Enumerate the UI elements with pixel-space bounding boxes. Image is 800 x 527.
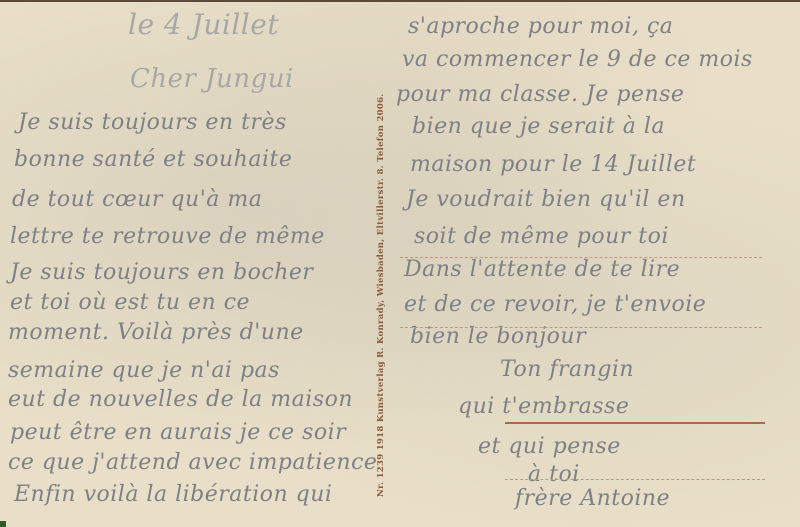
date-heading: le 4 Juillet bbox=[128, 8, 279, 41]
message-line: peut être en aurais je ce soir bbox=[10, 420, 346, 445]
postcard: le 4 Juillet Cher Jungui Je suis toujour… bbox=[0, 0, 800, 527]
message-line: Enfin voilà la libération qui bbox=[14, 482, 332, 507]
message-line: Je suis toujours en bocher bbox=[10, 260, 313, 285]
message-line: et toi où est tu en ce bbox=[10, 290, 250, 315]
message-line: de tout cœur qu'à ma bbox=[12, 187, 262, 212]
message-line: ce que j'attend avec impatience bbox=[8, 450, 377, 475]
signature-line: qui t'embrasse bbox=[458, 394, 629, 419]
message-line: Je voudrait bien qu'il en bbox=[406, 187, 686, 212]
message-line: lettre te retrouve de même bbox=[10, 224, 325, 249]
address-rule bbox=[400, 327, 762, 328]
message-line: et de ce revoir, je t'envoie bbox=[404, 292, 706, 317]
address-rule bbox=[505, 479, 765, 480]
message-line: maison pour le 14 Juillet bbox=[410, 152, 696, 177]
signature-line: Ton frangin bbox=[500, 357, 634, 382]
message-line: bonne santé et souhaite bbox=[14, 147, 292, 172]
message-line: pour ma classe. Je pense bbox=[396, 82, 684, 107]
message-line: semaine que je n'ai pas bbox=[8, 358, 280, 383]
message-line: bien que je serait à la bbox=[412, 114, 665, 139]
background-edge bbox=[0, 521, 6, 527]
signature-line: frère Antoine bbox=[515, 486, 670, 511]
message-line: va commencer le 9 de ce mois bbox=[402, 47, 753, 72]
message-line: eut de nouvelles de la maison bbox=[8, 387, 353, 412]
message-line: Je suis toujours en très bbox=[18, 110, 287, 135]
signature-line: à toi bbox=[528, 462, 580, 487]
publisher-imprint: Nr. 1239 1918 Kunstverlag R. Konrady, Wi… bbox=[376, 93, 386, 497]
message-line: s'aproche pour moi, ça bbox=[408, 14, 673, 39]
address-rule bbox=[400, 257, 762, 258]
message-line: moment. Voilà près d'une bbox=[8, 320, 304, 345]
message-line: soit de même pour toi bbox=[414, 224, 669, 249]
address-rule-solid bbox=[505, 422, 765, 424]
message-line: Dans l'attente de te lire bbox=[404, 257, 680, 282]
signature-line: et qui pense bbox=[478, 434, 621, 459]
salutation: Cher Jungui bbox=[130, 64, 294, 94]
